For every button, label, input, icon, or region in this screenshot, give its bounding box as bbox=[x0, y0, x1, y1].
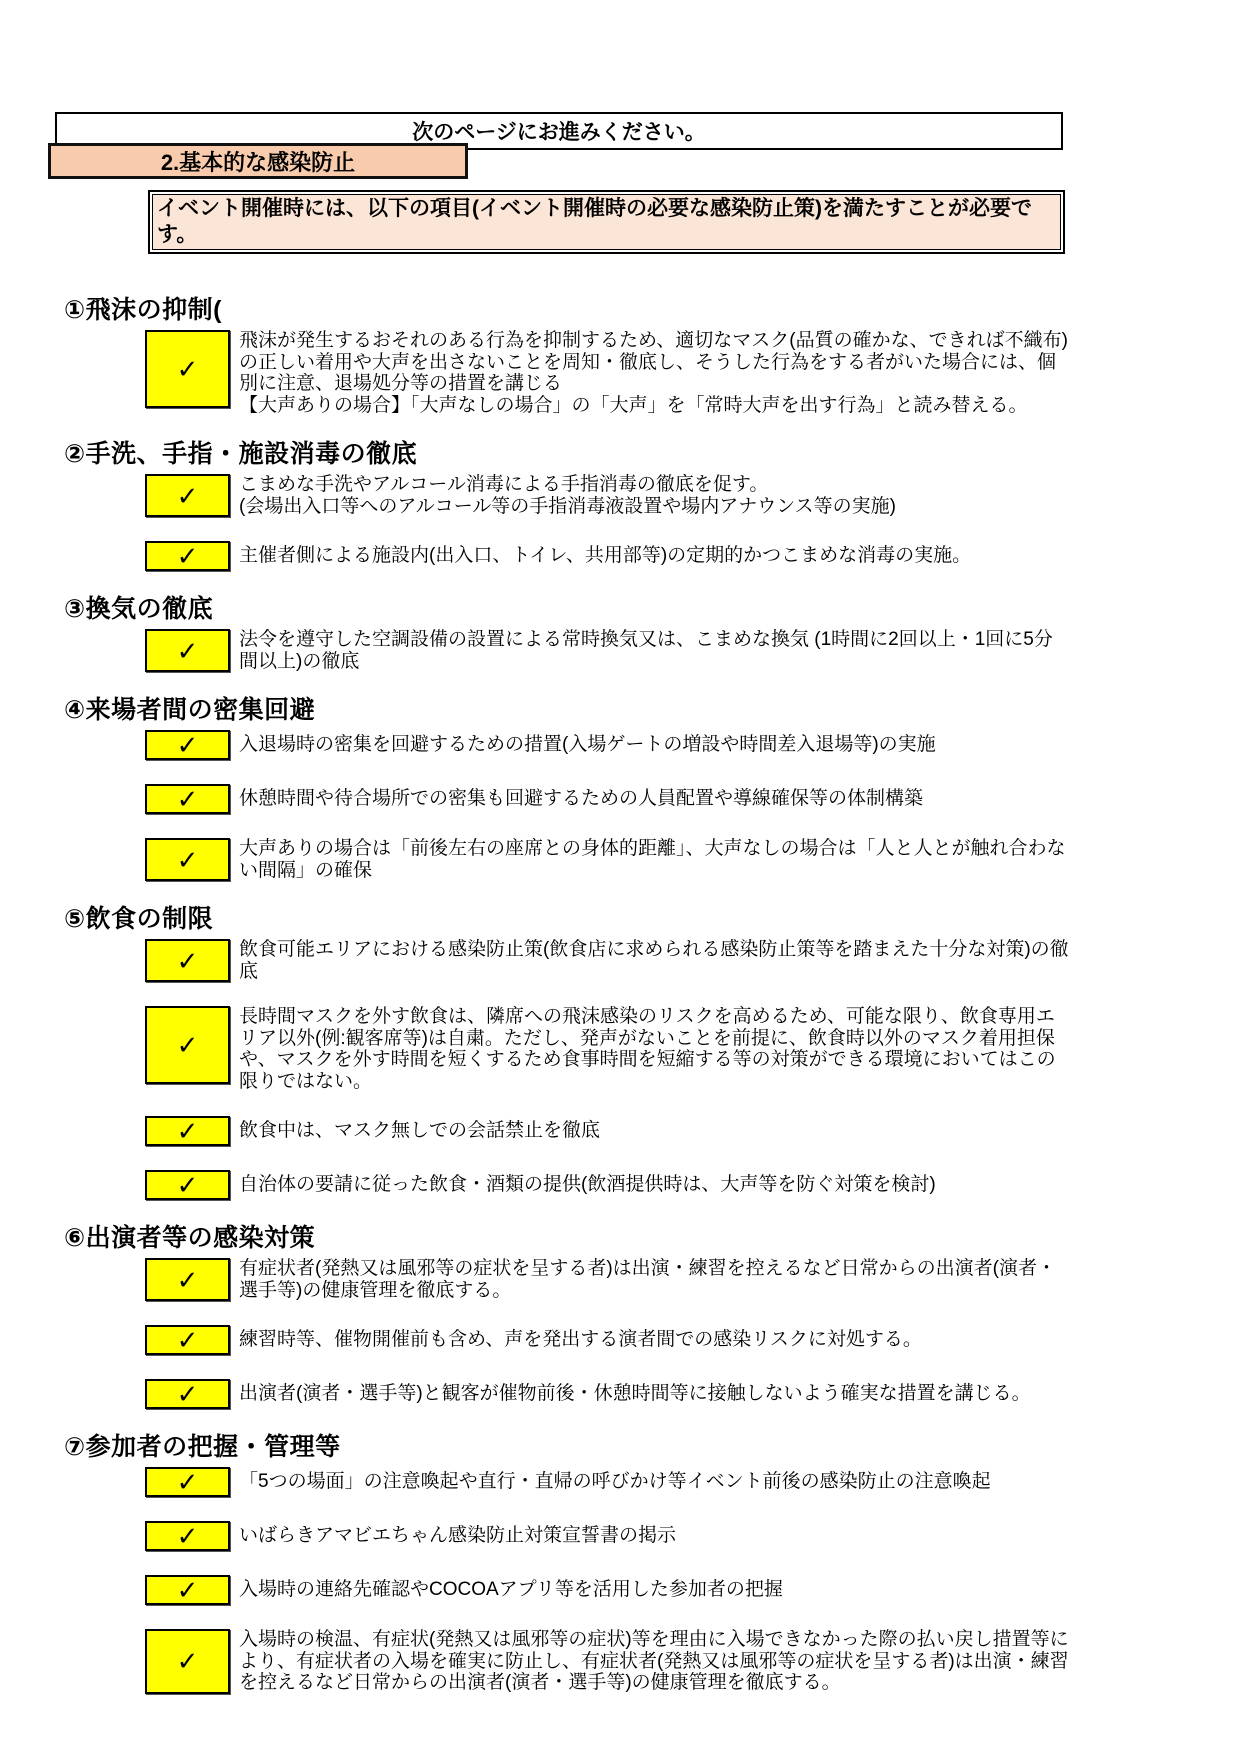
checklist-item-text: 出演者(演者・選手等)と観客が催物前後・休憩時間等に接触しないよう確実な措置を講… bbox=[239, 1383, 1070, 1405]
checkbox-checked[interactable]: ✓ bbox=[145, 1521, 230, 1551]
section-heading: ②手洗、手指・施設消毒の徹底 bbox=[64, 440, 1240, 468]
checklist-item-text: 大声ありの場合は「前後左右の座席との身体的距離」、大声なしの場合は「人と人とが触… bbox=[239, 838, 1070, 881]
checklist-row: ✓入退場時の密集を回避するための措置(入場ゲートの増設や時間差入退場等)の実施 bbox=[145, 730, 1070, 760]
checklist-row: ✓飛沫が発生するおそれのある行為を抑制するため、適切なマスク(品質の確かな、でき… bbox=[145, 330, 1070, 416]
checklist-item-text: 入退場時の密集を回避するための措置(入場ゲートの増設や時間差入退場等)の実施 bbox=[239, 734, 1070, 756]
checklist-row: ✓主催者側による施設内(出入口、トイレ、共用部等)の定期的かつこまめな消毒の実施… bbox=[145, 541, 1070, 571]
checklist-item-text: 主催者側による施設内(出入口、トイレ、共用部等)の定期的かつこまめな消毒の実施。 bbox=[239, 545, 1070, 567]
checklist-item-text: 飲食可能エリアにおける感染防止策(飲食店に求められる感染防止策等を踏まえた十分な… bbox=[239, 939, 1070, 982]
check-icon: ✓ bbox=[177, 948, 199, 974]
checklist-row: ✓飲食可能エリアにおける感染防止策(飲食店に求められる感染防止策等を踏まえた十分… bbox=[145, 939, 1070, 982]
checklist-row: ✓出演者(演者・選手等)と観客が催物前後・休憩時間等に接触しないよう確実な措置を… bbox=[145, 1379, 1070, 1409]
section-heading: ③換気の徹底 bbox=[64, 595, 1240, 623]
check-icon: ✓ bbox=[177, 1577, 199, 1603]
checkbox-checked[interactable]: ✓ bbox=[145, 474, 230, 517]
check-icon: ✓ bbox=[177, 1118, 199, 1144]
checkbox-checked[interactable]: ✓ bbox=[145, 730, 230, 760]
document-page: 次のページにお進みください。 2.基本的な感染防止 イベント開催時には、以下の項… bbox=[0, 0, 1240, 1754]
checklist: ①飛沫の抑制(✓飛沫が発生するおそれのある行為を抑制するため、適切なマスク(品質… bbox=[0, 296, 1240, 1718]
checklist-row: ✓長時間マスクを外す飲食は、隣席への飛沫感染のリスクを高めるため、可能な限り、飲… bbox=[145, 1006, 1070, 1092]
checklist-row: ✓いばらきアマビエちゃん感染防止対策宣誓書の掲示 bbox=[145, 1521, 1070, 1551]
checklist-row: ✓入場時の連絡先確認やCOCOAアプリ等を活用した参加者の把握 bbox=[145, 1575, 1070, 1605]
check-icon: ✓ bbox=[177, 1381, 199, 1407]
section-heading: ①飛沫の抑制( bbox=[64, 296, 1240, 324]
check-icon: ✓ bbox=[177, 1032, 199, 1058]
checklist-row: ✓法令を遵守した空調設備の設置による常時換気又は、こまめな換気 (1時間に2回以… bbox=[145, 629, 1070, 672]
checklist-item-text: 飛沫が発生するおそれのある行為を抑制するため、適切なマスク(品質の確かな、できれ… bbox=[239, 330, 1070, 416]
checklist-item-text: 長時間マスクを外す飲食は、隣席への飛沫感染のリスクを高めるため、可能な限り、飲食… bbox=[239, 1006, 1070, 1092]
checkbox-checked[interactable]: ✓ bbox=[145, 1575, 230, 1605]
section-heading: ④来場者間の密集回避 bbox=[64, 696, 1240, 724]
check-icon: ✓ bbox=[177, 638, 199, 664]
checklist-item-text: 有症状者(発熱又は風邪等の症状を呈する者)は出演・練習を控えるなど日常からの出演… bbox=[239, 1258, 1070, 1301]
check-icon: ✓ bbox=[177, 1523, 199, 1549]
checklist-row: ✓練習時等、催物開催前も含め、声を発出する演者間での感染リスクに対処する。 bbox=[145, 1325, 1070, 1355]
checkbox-checked[interactable]: ✓ bbox=[145, 1325, 230, 1355]
checklist-item-text: いばらきアマビエちゃん感染防止対策宣誓書の掲示 bbox=[239, 1525, 1070, 1547]
checklist-item-text: 入場時の連絡先確認やCOCOAアプリ等を活用した参加者の把握 bbox=[239, 1579, 1070, 1601]
checkbox-checked[interactable]: ✓ bbox=[145, 1006, 230, 1084]
checklist-row: ✓飲食中は、マスク無しでの会話禁止を徹底 bbox=[145, 1116, 1070, 1146]
checklist-row: ✓大声ありの場合は「前後左右の座席との身体的距離」、大声なしの場合は「人と人とが… bbox=[145, 838, 1070, 881]
checklist-item-text: 飲食中は、マスク無しでの会話禁止を徹底 bbox=[239, 1120, 1070, 1142]
checkbox-checked[interactable]: ✓ bbox=[145, 1258, 230, 1301]
checklist-item-text: 休憩時間や待合場所での密集も回避するための人員配置や導線確保等の体制構築 bbox=[239, 788, 1070, 810]
checklist-item-text: 練習時等、催物開催前も含め、声を発出する演者間での感染リスクに対処する。 bbox=[239, 1329, 1070, 1351]
checkbox-checked[interactable]: ✓ bbox=[145, 541, 230, 571]
section-2-tab: 2.基本的な感染防止 bbox=[48, 143, 468, 179]
checklist-item-text: 入場時の検温、有症状(発熱又は風邪等の症状)等を理由に入場できなかった際の払い戻… bbox=[239, 1629, 1070, 1694]
check-icon: ✓ bbox=[177, 483, 199, 509]
checkbox-checked[interactable]: ✓ bbox=[145, 784, 230, 814]
checkbox-checked[interactable]: ✓ bbox=[145, 1170, 230, 1200]
checklist-row: ✓こまめな手洗やアルコール消毒による手指消毒の徹底を促す。 (会場出入口等へのア… bbox=[145, 474, 1070, 517]
checkbox-checked[interactable]: ✓ bbox=[145, 330, 230, 408]
checklist-item-text: 法令を遵守した空調設備の設置による常時換気又は、こまめな換気 (1時間に2回以上… bbox=[239, 629, 1070, 672]
check-icon: ✓ bbox=[177, 786, 199, 812]
check-icon: ✓ bbox=[177, 1327, 199, 1353]
checkbox-checked[interactable]: ✓ bbox=[145, 939, 230, 982]
check-icon: ✓ bbox=[177, 732, 199, 758]
checklist-item-text: 自治体の要請に従った飲食・酒類の提供(飲酒提供時は、大声等を防ぐ対策を検討) bbox=[239, 1174, 1070, 1196]
check-icon: ✓ bbox=[177, 847, 199, 873]
next-page-notice-text: 次のページにお進みください。 bbox=[412, 116, 706, 146]
check-icon: ✓ bbox=[177, 1267, 199, 1293]
check-icon: ✓ bbox=[177, 356, 199, 382]
check-icon: ✓ bbox=[177, 1172, 199, 1198]
checkbox-checked[interactable]: ✓ bbox=[145, 838, 230, 881]
checklist-row: ✓「5つの場面」の注意喚起や直行・直帰の呼びかけ等イベント前後の感染防止の注意喚… bbox=[145, 1467, 1070, 1497]
check-icon: ✓ bbox=[177, 543, 199, 569]
checkbox-checked[interactable]: ✓ bbox=[145, 1116, 230, 1146]
checklist-row: ✓休憩時間や待合場所での密集も回避するための人員配置や導線確保等の体制構築 bbox=[145, 784, 1070, 814]
checklist-row: ✓自治体の要請に従った飲食・酒類の提供(飲酒提供時は、大声等を防ぐ対策を検討) bbox=[145, 1170, 1070, 1200]
check-icon: ✓ bbox=[177, 1648, 199, 1674]
checklist-row: ✓入場時の検温、有症状(発熱又は風邪等の症状)等を理由に入場できなかった際の払い… bbox=[145, 1629, 1070, 1694]
checkbox-checked[interactable]: ✓ bbox=[145, 1629, 230, 1694]
checklist-item-text: 「5つの場面」の注意喚起や直行・直帰の呼びかけ等イベント前後の感染防止の注意喚起 bbox=[239, 1471, 1070, 1493]
checklist-item-text: こまめな手洗やアルコール消毒による手指消毒の徹底を促す。 (会場出入口等へのアル… bbox=[239, 474, 1070, 517]
section-heading: ⑤飲食の制限 bbox=[64, 905, 1240, 933]
check-icon: ✓ bbox=[177, 1469, 199, 1495]
checkbox-checked[interactable]: ✓ bbox=[145, 1379, 230, 1409]
requirements-banner-inner: イベント開催時には、以下の項目(イベント開催時の必要な感染防止策)を満たすことが… bbox=[152, 194, 1061, 250]
section-2-tab-label: 2.基本的な感染防止 bbox=[161, 146, 355, 177]
checkbox-checked[interactable]: ✓ bbox=[145, 1467, 230, 1497]
requirements-banner-text: イベント開催時には、以下の項目(イベント開催時の必要な感染防止策)を満たすことが… bbox=[157, 197, 1032, 246]
section-heading: ⑥出演者等の感染対策 bbox=[64, 1224, 1240, 1252]
section-heading: ⑦参加者の把握・管理等 bbox=[64, 1433, 1240, 1461]
checkbox-checked[interactable]: ✓ bbox=[145, 629, 230, 672]
requirements-banner: イベント開催時には、以下の項目(イベント開催時の必要な感染防止策)を満たすことが… bbox=[148, 190, 1065, 254]
checklist-row: ✓有症状者(発熱又は風邪等の症状を呈する者)は出演・練習を控えるなど日常からの出… bbox=[145, 1258, 1070, 1301]
